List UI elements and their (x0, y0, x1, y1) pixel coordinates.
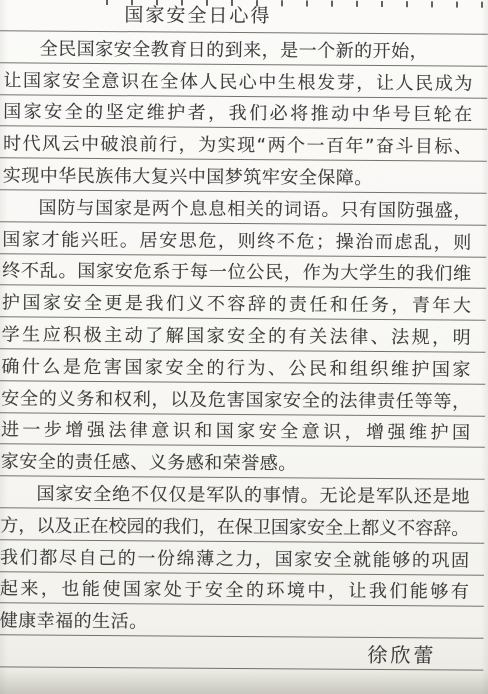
essay-line: 国家才能兴旺。居安思危，则终不危；操治而虑乱，则 (0, 222, 486, 257)
handwritten-text: 全民国家安全教育日的到来，是一个新的开始， (4, 38, 473, 63)
handwritten-text: 起来，也能使国家处于安全的环境中，让我们能够有 (0, 579, 469, 604)
handwritten-text: 国家安全绝不仅仅是军队的事情。无论是军队还是地 (0, 483, 469, 508)
handwritten-text: 护国家安全更是我们义不容辞的责任和任务，青年大 (2, 292, 471, 317)
essay-line: 我们都尽自己的一份绵薄之力，国家安全就能够的巩固 (0, 540, 484, 575)
essay-line: 安全的义务和权利，以及危害国家安全的法律责任等等， (0, 381, 485, 416)
essay-line: 起来，也能使国家处于安全的环境中，让我们能够有 (0, 572, 484, 607)
handwritten-text: 我们都尽自己的一份绵薄之力，国家安全就能够的巩固 (0, 547, 469, 572)
essay-line: 全民国家安全教育日的到来，是一个新的开始， (0, 31, 488, 66)
essay-line: 护国家安全更是我们义不容辞的责任和任务，青年大 (0, 286, 486, 321)
handwritten-text: 国家才能兴旺。居安思危，则终不危；操治而虑乱，则 (2, 229, 471, 254)
handwritten-text: 让国家安全意识在全体人民心中生根发芽，让人民成为 (3, 70, 472, 95)
essay-body: 全民国家安全教育日的到来，是一个新的开始，让国家安全意识在全体人民心中生根发芽，… (0, 31, 488, 670)
handwritten-text: 终不乱。国家安危系于每一位公民，作为大学生的我们维 (2, 261, 471, 286)
handwritten-text: 健康幸福的生活。 (0, 610, 469, 635)
handwritten-text: 安全的义务和权利，以及危害国家安全的法律责任等等， (1, 388, 470, 413)
handwritten-text: 确什么是危害国家安全的行为、公民和组织维护国家 (1, 356, 470, 381)
essay-line: 终不乱。国家安危系于每一位公民，作为大学生的我们维 (0, 254, 486, 289)
essay-line: 国防与国家是两个息息相关的词语。只有国防强盛， (0, 190, 487, 225)
essay-line: 方，以及正在校园的我们，在保卫国家安全上都义不容辞。 (0, 508, 484, 543)
essay-title: 国家安全日心得 (0, 0, 442, 29)
essay-line: 家安全的责任感、义务感和荣誉感。 (0, 445, 485, 480)
essay-line: 国家安全绝不仅仅是军队的事情。无论是军队还是地 (0, 476, 485, 511)
handwritten-text: 国家安全的坚定维护者，我们必将推动中华号巨轮在 (3, 102, 472, 127)
handwritten-text: 方，以及正在校园的我们，在保卫国家安全上都义不容辞。 (0, 515, 469, 540)
handwritten-text: 家安全的责任感、义务感和荣誉感。 (1, 451, 470, 476)
handwritten-text: 时代风云中破浪前行，为实现“两个一百年”奋斗目标、 (3, 134, 472, 159)
essay-line: 健康幸福的生活。 (0, 604, 484, 639)
handwritten-text: 进一步增强法律意识和国家安全意识，增强维护国 (1, 420, 470, 445)
notebook-page: 国家安全日心得 全民国家安全教育日的到来，是一个新的开始，让国家安全意识在全体人… (0, 0, 488, 694)
essay-line: 学生应积极主动了解国家安全的有关法律、法规，明 (0, 317, 486, 352)
essay-line: 让国家安全意识在全体人民心中生根发芽，让人民成为 (0, 63, 488, 98)
scan-shadow-bottom (0, 670, 488, 694)
essay-line: 进一步增强法律意识和国家安全意识，增强维护国 (0, 413, 485, 448)
essay-line: 确什么是危害国家安全的行为、公民和组织维护国家 (0, 349, 486, 384)
handwritten-text: 学生应积极主动了解国家安全的有关法律、法规，明 (2, 324, 471, 349)
essay-line: 实现中华民族伟大复兴中国梦筑牢安全保障。 (0, 158, 487, 193)
essay-line: 徐欣蕾 (0, 635, 484, 670)
handwritten-text: 实现中华民族伟大复兴中国梦筑牢安全保障。 (3, 165, 472, 190)
essay-line: 国家安全的坚定维护者，我们必将推动中华号巨轮在 (0, 95, 487, 130)
page-content: 国家安全日心得 全民国家安全教育日的到来，是一个新的开始，让国家安全意识在全体人… (0, 0, 488, 671)
handwritten-text: 国防与国家是两个息息相关的词语。只有国防强盛， (2, 197, 471, 222)
title-row: 国家安全日心得 (0, 0, 488, 35)
signature: 徐欣蕾 (0, 641, 469, 666)
essay-line: 时代风云中破浪前行，为实现“两个一百年”奋斗目标、 (0, 127, 487, 162)
